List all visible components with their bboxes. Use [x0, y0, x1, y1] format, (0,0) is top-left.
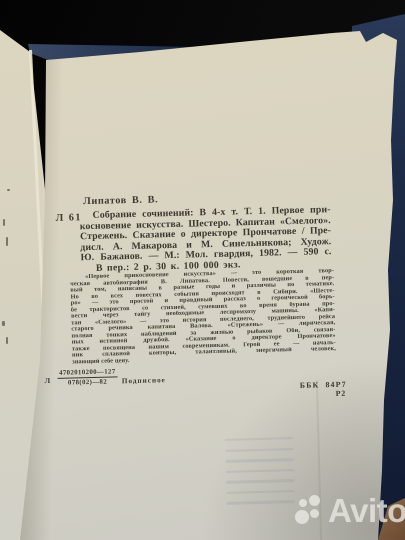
- subscription-label: Подписное: [122, 376, 166, 385]
- imprint-row: Л 4702010200—127 078(02)—82 Подписное ББ…: [44, 363, 353, 405]
- avito-logo-icon: [295, 494, 325, 528]
- annotation-paragraph: «Первое прикосновение искусства» — это к…: [70, 268, 336, 365]
- avito-wordmark: Avito: [328, 494, 405, 528]
- bbk-line2: Р2: [300, 389, 347, 399]
- edge-print-mark: [7, 189, 10, 191]
- catalog-denominator: 078(02)—82: [57, 377, 118, 386]
- edge-print-mark: [6, 237, 8, 246]
- catalog-fraction: 4702010200—127 078(02)—82: [57, 368, 118, 386]
- catalog-prefix: Л: [44, 376, 50, 385]
- shelfmark: Л 61: [56, 212, 83, 224]
- edge-print-mark: [2, 321, 5, 326]
- book-photo: Липатов В. В. Л 61 Собрание сочинений: В…: [0, 0, 405, 540]
- edge-print-mark: [6, 337, 8, 344]
- main-page: Липатов В. В. Л 61 Собрание сочинений: В…: [0, 0, 405, 540]
- author-line: Липатов В. В.: [83, 190, 348, 207]
- printed-text-block: Липатов В. В. Л 61 Собрание сочинений: В…: [48, 185, 353, 404]
- bibliography-lines: Собрание сочинений: В 4-х т. Т. 1. Перво…: [79, 205, 331, 274]
- bibliographic-entry: Л 61 Собрание сочинений: В 4-х т. Т. 1. …: [48, 205, 349, 275]
- avito-watermark: Avito: [295, 494, 405, 528]
- bbk-code: ББК 84Р7 Р2: [300, 380, 347, 399]
- show-through-text: [225, 437, 295, 513]
- edge-print-mark: [3, 219, 5, 226]
